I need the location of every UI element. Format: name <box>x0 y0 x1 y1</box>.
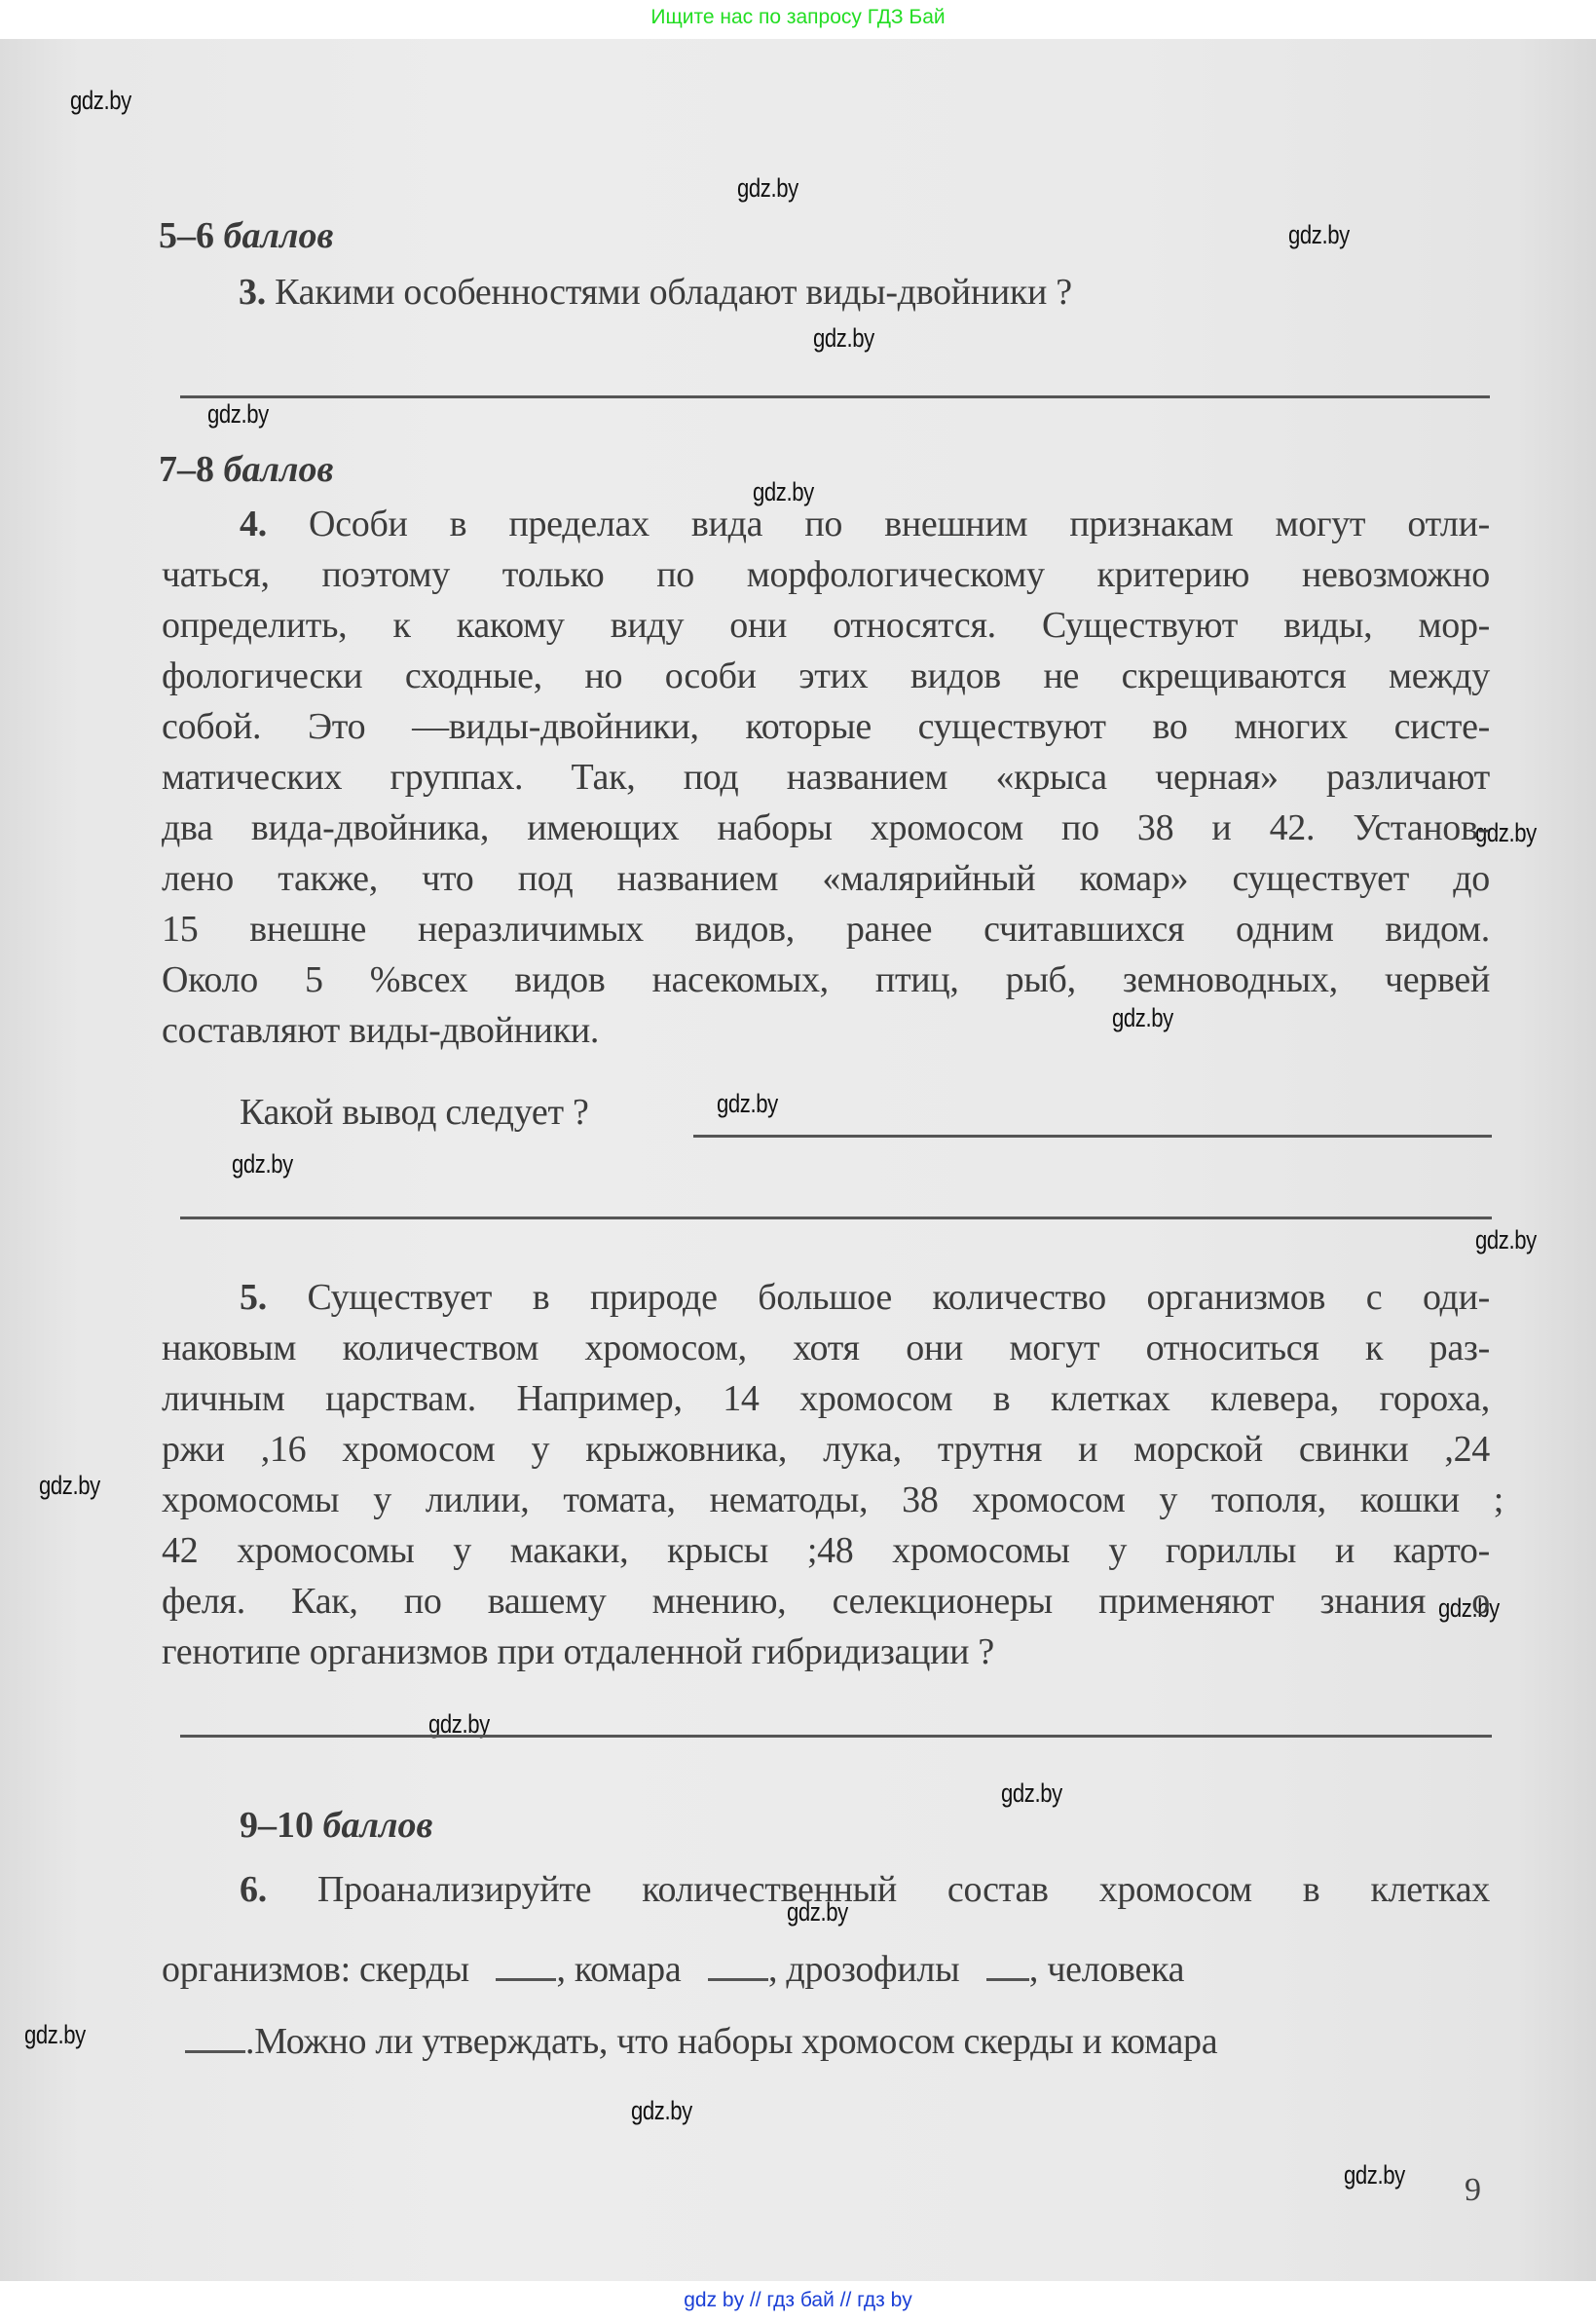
task-5-line: личным царствам. Например, 14 хромосом в… <box>162 1377 1490 1420</box>
page-number: 9 <box>1465 2172 1481 2209</box>
task-5-line: феля. Как, по вашему мнению, селекционер… <box>162 1580 1490 1623</box>
watermark: gdz.by <box>207 399 269 430</box>
watermark: gdz.by <box>737 173 798 204</box>
watermark: gdz.by <box>1112 1003 1173 1033</box>
watermark: gdz.by <box>1344 2160 1405 2190</box>
task-4-line: лено также, что под названием «малярийны… <box>162 857 1490 900</box>
blank-skerdy-chromosomes[interactable] <box>496 1949 556 1981</box>
answer-line-task-5[interactable] <box>180 1735 1492 1738</box>
task-4-line: собой. Это —виды-двойники, которые сущес… <box>162 705 1490 748</box>
watermark: gdz.by <box>39 1471 100 1501</box>
answer-line-task-3[interactable] <box>180 395 1490 398</box>
bottom-banner-text[interactable]: gdz by // гдз бай // гдз by <box>684 2289 912 2311</box>
top-banner[interactable]: Ищите нас по запросу ГДЗ Бай <box>0 0 1596 39</box>
section-heading-7-8: 7–8 баллов <box>159 448 333 491</box>
task-4-line: матических группах. Так, под названием «… <box>162 756 1490 799</box>
blank-komar-chromosomes[interactable] <box>708 1949 768 1981</box>
section-heading-9-10: 9–10 баллов <box>240 1804 432 1847</box>
task-4-question: Какой вывод следует ? <box>240 1091 589 1134</box>
watermark: gdz.by <box>24 2020 86 2050</box>
watermark: gdz.by <box>631 2096 692 2126</box>
task-4-line: два вида-двойника, имеющих наборы хромос… <box>162 806 1490 849</box>
watermark: gdz.by <box>1475 1225 1537 1255</box>
task-6-line: 6. Проанализируйте количественный состав… <box>240 1868 1490 1911</box>
watermark: gdz.by <box>1288 220 1350 250</box>
top-banner-text[interactable]: Ищите нас по запросу ГДЗ Бай <box>650 6 945 28</box>
watermark: gdz.by <box>70 86 131 116</box>
task-4-line: Около 5 %всех видов насекомых, птиц, рыб… <box>162 958 1490 1001</box>
task-4-line: фологически сходные, но особи этих видов… <box>162 655 1490 697</box>
task-5-line: хромосомы у лилии, томата, нематоды, 38 … <box>162 1479 1503 1521</box>
task-5-line: генотипе организмов при отдаленной гибри… <box>162 1630 994 1673</box>
task-4-line: 4. Особи в пределах вида по внешним приз… <box>240 503 1490 545</box>
section-heading-5-6: 5–6 баллов <box>159 214 333 257</box>
answer-line-task-4-2[interactable] <box>180 1217 1492 1219</box>
task-6-organisms-line: организмов: скерды , комара , дрозофилы … <box>162 1948 1184 1991</box>
blank-drosophila-chromosomes[interactable] <box>986 1949 1029 1981</box>
task-5-line: 42 хромосомы у макаки, крысы ;48 хромосо… <box>162 1529 1490 1572</box>
task-6-line: .Можно ли утверждать, что наборы хромосо… <box>185 2020 1217 2063</box>
textbook-page: gdz.by gdz.by gdz.by gdz.by gdz.by gdz.b… <box>0 39 1596 2281</box>
task-4-line: определить, к какому виду они относятся.… <box>162 604 1490 647</box>
task-4-line: составляют виды-двойники. <box>162 1009 599 1052</box>
watermark: gdz.by <box>717 1089 778 1119</box>
task-5-line: 5. Существует в природе большое количест… <box>240 1276 1490 1319</box>
task-4-line: чаться, поэтому только по морфологическо… <box>162 553 1490 596</box>
task-5-line: наковым количеством хромосом, хотя они м… <box>162 1327 1490 1369</box>
bottom-banner[interactable]: gdz by // гдз бай // гдз by <box>0 2281 1596 2321</box>
task-5-line: ржи ,16 хромосом у крыжовника, лука, тру… <box>162 1428 1490 1471</box>
blank-human-chromosomes[interactable] <box>185 2021 245 2053</box>
watermark: gdz.by <box>813 323 874 354</box>
task-4-line: 15 внешне неразличимых видов, ранее счит… <box>162 908 1490 951</box>
watermark: gdz.by <box>232 1149 293 1179</box>
answer-line-task-4[interactable] <box>693 1135 1492 1138</box>
task-3-question: 3. Какими особенностями обладают виды-дв… <box>239 271 1072 314</box>
watermark: gdz.by <box>1001 1778 1062 1809</box>
